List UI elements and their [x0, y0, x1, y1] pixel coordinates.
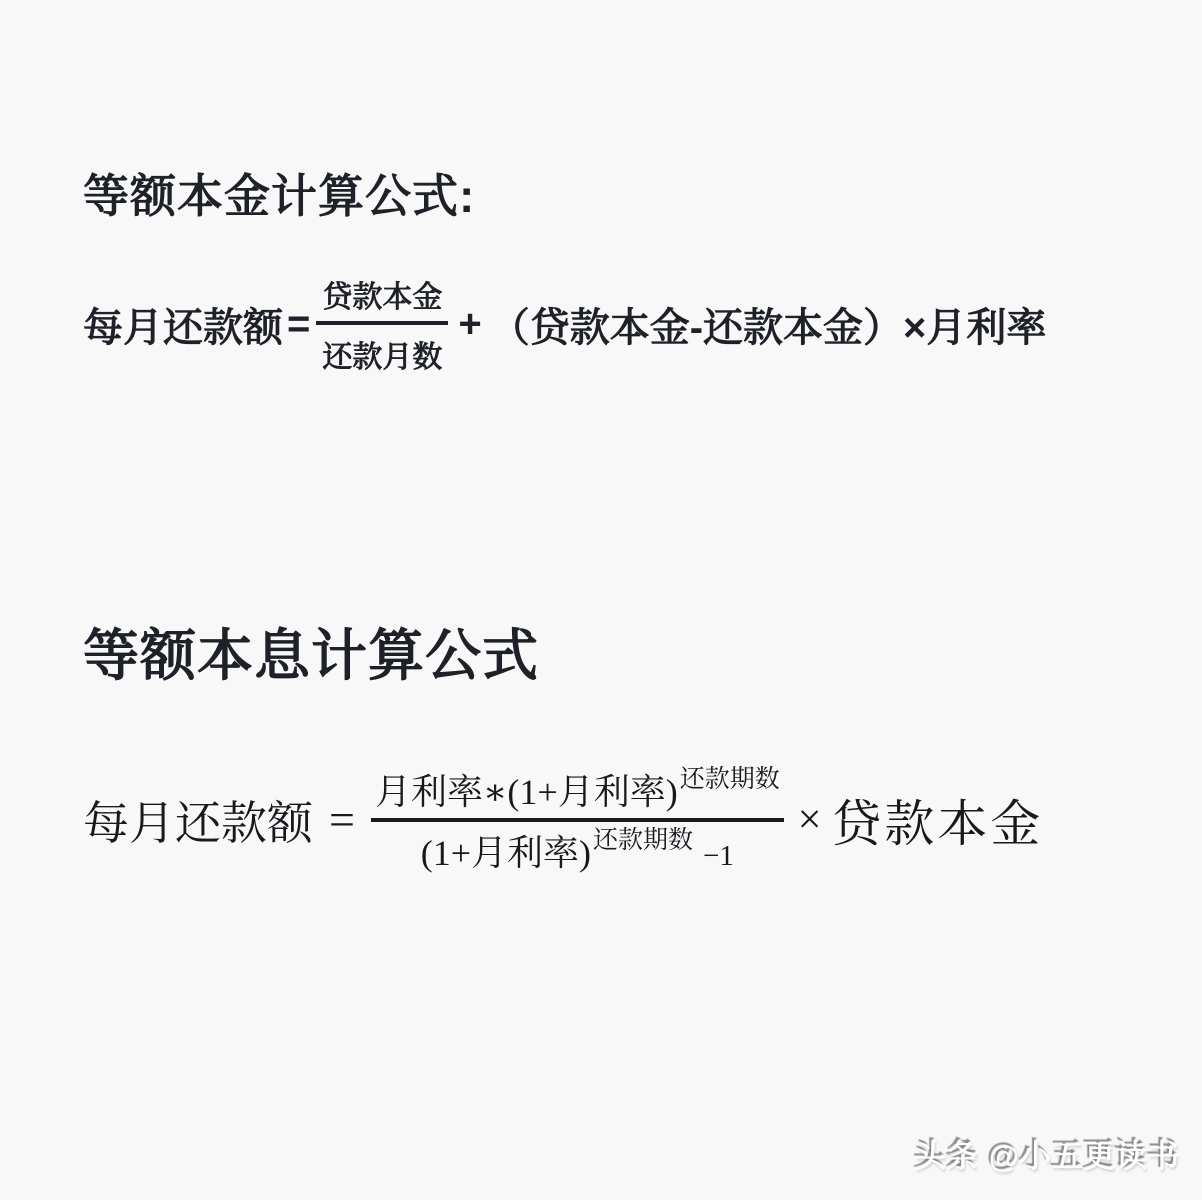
multiply-sign: × [798, 796, 822, 844]
formula2-fraction-bar [371, 818, 784, 822]
section2-heading: 等额本息计算公式 [83, 612, 539, 692]
formula1-lhs: 每月还款额 [83, 296, 283, 353]
formula1-fraction: 贷款本金 还款月数 [316, 272, 448, 376]
formula2-denominator-main: (1+月利率) [421, 833, 591, 873]
formula2-lhs: 每月还款额 [83, 787, 313, 853]
section1-heading: 等额本金计算公式: [83, 160, 475, 226]
formula2-rhs: 贷款本金 [831, 784, 1043, 856]
page: 等额本金计算公式: 每月还款额 = 贷款本金 还款月数 + （贷款本金-还款本金… [0, 0, 1202, 1200]
plus-sign: + [458, 302, 481, 347]
formula2-fraction: 月利率∗(1+月利率)还款期数 (1+月利率)还款期数−1 [371, 766, 784, 873]
formula1-rhs: （贷款本金-还款本金）×月利率 [490, 296, 1047, 353]
formula1: 每月还款额 = 贷款本金 还款月数 + （贷款本金-还款本金）×月利率 [83, 272, 1046, 376]
formula2-numerator-main: 月利率∗(1+月利率) [375, 772, 678, 812]
formula2-denominator-exponent: 还款期数 [593, 827, 693, 854]
formula2-equals-sign: = [329, 793, 355, 846]
formula2-denominator: (1+月利率)还款期数−1 [417, 827, 738, 874]
formula1-numerator: 贷款本金 [316, 272, 448, 321]
formula2: 每月还款额 = 月利率∗(1+月利率)还款期数 (1+月利率)还款期数−1 × … [83, 766, 1043, 873]
formula2-denominator-minus-one: −1 [703, 840, 734, 872]
formula1-denominator: 还款月数 [316, 325, 448, 376]
formula2-numerator-exponent: 还款期数 [680, 766, 780, 793]
watermark: 头条 @小五更读书 [915, 1131, 1180, 1176]
formula1-equals-sign: = [287, 302, 310, 347]
formula2-numerator: 月利率∗(1+月利率)还款期数 [371, 766, 784, 813]
